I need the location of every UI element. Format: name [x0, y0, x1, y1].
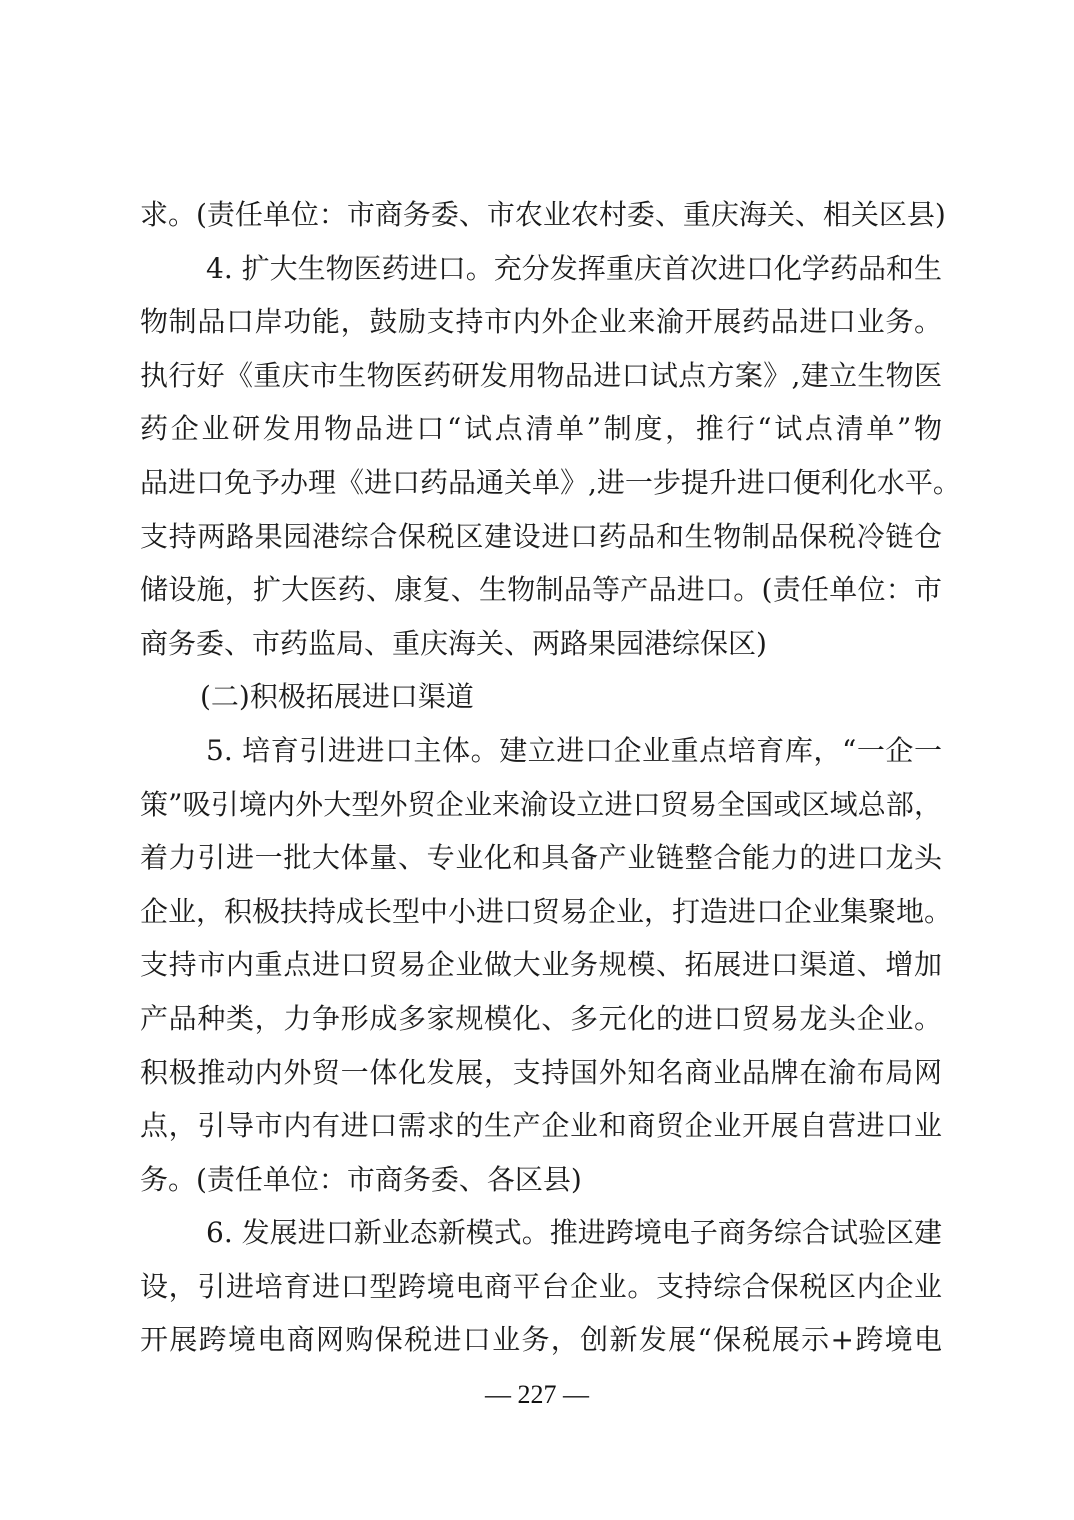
text-line: 积极推动内外贸一体化发展，支持国外知名商业品牌在渝布局网	[140, 1046, 942, 1100]
item-4-title-line: 4. 扩大生物医药进口。充分发挥重庆首次进口化学药品和生	[140, 242, 942, 296]
text-line: 支持两路果园港综合保税区建设进口药品和生物制品保税冷链仓	[140, 510, 942, 564]
section-heading: (二)积极拓展进口渠道	[140, 670, 942, 724]
text-line: 策”吸引境内外大型外贸企业来渝设立进口贸易全国或区域总部，	[140, 778, 942, 832]
text-line: 务。(责任单位：市商务委、各区县)	[140, 1153, 942, 1207]
document-page: 求。(责任单位：市商务委、市农业农村委、重庆海关、相关区县) 4. 扩大生物医药…	[0, 0, 1074, 1520]
text-line: 企业，积极扶持成长型中小进口贸易企业，打造进口企业集聚地。	[140, 885, 942, 939]
text-line: 物制品口岸功能，鼓励支持市内外企业来渝开展药品进口业务。	[140, 295, 942, 349]
body-text: 求。(责任单位：市商务委、市农业农村委、重庆海关、相关区县) 4. 扩大生物医药…	[140, 188, 942, 1367]
item-6-title-line: 6. 发展进口新业态新模式。推进跨境电子商务综合试验区建	[140, 1206, 942, 1260]
text-line: 产品种类，力争形成多家规模化、多元化的进口贸易龙头企业。	[140, 992, 942, 1046]
text-line: 设，引进培育进口型跨境电商平台企业。支持综合保税区内企业	[140, 1260, 942, 1314]
text-line: 执行好《重庆市生物医药研发用物品进口试点方案》,建立生物医	[140, 349, 942, 403]
text-line: 支持市内重点进口贸易企业做大业务规模、拓展进口渠道、增加	[140, 938, 942, 992]
text-line: 储设施，扩大医药、康复、生物制品等产品进口。(责任单位：市	[140, 563, 942, 617]
text-line: 药企业研发用物品进口“试点清单”制度，推行“试点清单”物	[140, 402, 942, 456]
text-line: 着力引进一批大体量、专业化和具备产业链整合能力的进口龙头	[140, 831, 942, 885]
text-line: 品进口免予办理《进口药品通关单》,进一步提升进口便利化水平。	[140, 456, 942, 510]
text-line: 点，引导市内有进口需求的生产企业和商贸企业开展自营进口业	[140, 1099, 942, 1153]
text-line: 求。(责任单位：市商务委、市农业农村委、重庆海关、相关区县)	[140, 188, 942, 242]
text-line: 商务委、市药监局、重庆海关、两路果园港综保区)	[140, 617, 942, 671]
text-line: 开展跨境电商网购保税进口业务，创新发展“保税展示+跨境电	[140, 1313, 942, 1367]
item-5-title-line: 5. 培育引进进口主体。建立进口企业重点培育库，“一企一	[140, 724, 942, 778]
page-number: — 227 —	[0, 1380, 1074, 1410]
